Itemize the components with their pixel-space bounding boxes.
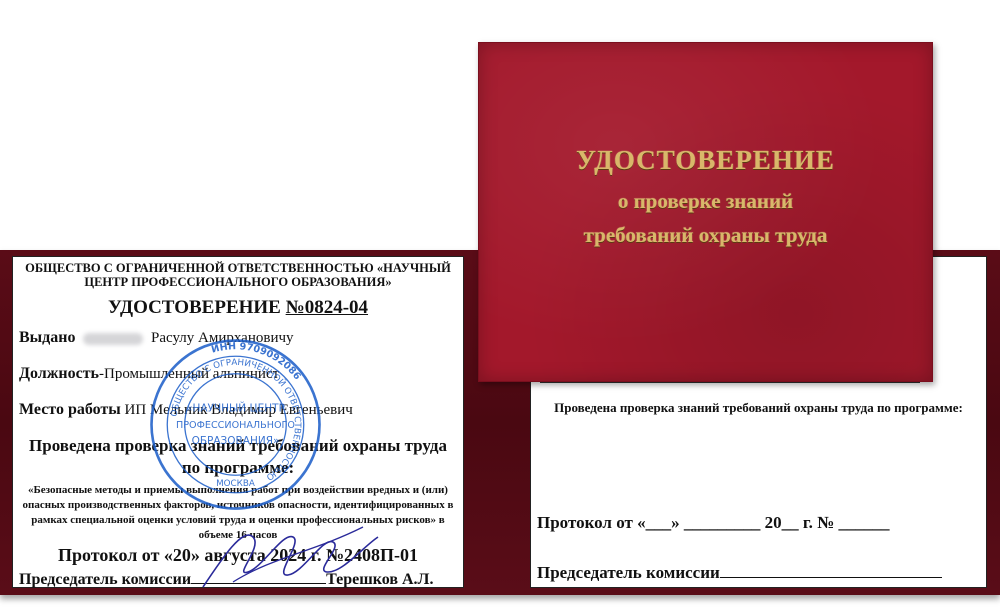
svg-text:ПРОФЕССИОНАЛЬНОГО: ПРОФЕССИОНАЛЬНОГО bbox=[176, 420, 295, 431]
issued-label: Выдано bbox=[19, 329, 75, 346]
certificate-title: УДОСТОВЕРЕНИЕ №0824-04 bbox=[13, 297, 463, 319]
right-chair-label: Председатель комиссии bbox=[537, 563, 720, 582]
chair-label: Председатель комиссии bbox=[19, 571, 191, 588]
right-check-heading: Проведена проверка знаний требований охр… bbox=[551, 399, 966, 416]
right-signature-line bbox=[720, 563, 942, 578]
cover-title: УДОСТОВЕРЕНИЕ bbox=[479, 145, 932, 176]
protocol-line: Протокол от «20» августа 2024 г. №2408П-… bbox=[13, 545, 463, 566]
workplace-row: Место работы ИП Мельник Владимир Евгенье… bbox=[19, 401, 353, 419]
workplace-label: Место работы bbox=[19, 401, 121, 418]
position-row: Должность-Промышленный альпинист bbox=[19, 365, 279, 383]
issued-row: Выдано Расулу Амирхановичу bbox=[19, 329, 294, 347]
program-text: «Безопасные методы и приемы выполнения р… bbox=[17, 483, 459, 543]
left-page: ОБЩЕСТВО С ОГРАНИЧЕННОЙ ОТВЕТСТВЕННОСТЬЮ… bbox=[12, 256, 464, 588]
chair-row: Председатель комиссииТерешков А.Л. bbox=[19, 569, 433, 589]
right-protocol-line: Протокол от «___» _________ 20__ г. № __… bbox=[537, 513, 889, 533]
certificate-cover: УДОСТОВЕРЕНИЕ о проверке знаний требован… bbox=[478, 42, 933, 382]
organization-name: ОБЩЕСТВО С ОГРАНИЧЕННОЙ ОТВЕТСТВЕННОСТЬЮ… bbox=[13, 261, 463, 289]
workplace-value: ИП Мельник Владимир Евгеньевич bbox=[121, 402, 353, 418]
cover-subtitle-2: требований охраны труда bbox=[479, 223, 932, 248]
redacted-surname bbox=[83, 333, 143, 345]
position-label: Должность bbox=[19, 365, 99, 382]
issued-value: Расулу Амирхановичу bbox=[151, 330, 294, 346]
cover-subtitle-1: о проверке знаний bbox=[479, 189, 932, 214]
check-heading: Проведена проверка знаний требований охр… bbox=[23, 435, 453, 479]
chair-name: Терешков А.Л. bbox=[326, 571, 433, 588]
certificate-label: УДОСТОВЕРЕНИЕ bbox=[108, 297, 286, 318]
signature-line bbox=[191, 569, 326, 584]
position-value: -Промышленный альпинист bbox=[99, 366, 279, 382]
right-chair-row: Председатель комиссии bbox=[537, 563, 942, 583]
certificate-number: №0824-04 bbox=[286, 297, 368, 318]
